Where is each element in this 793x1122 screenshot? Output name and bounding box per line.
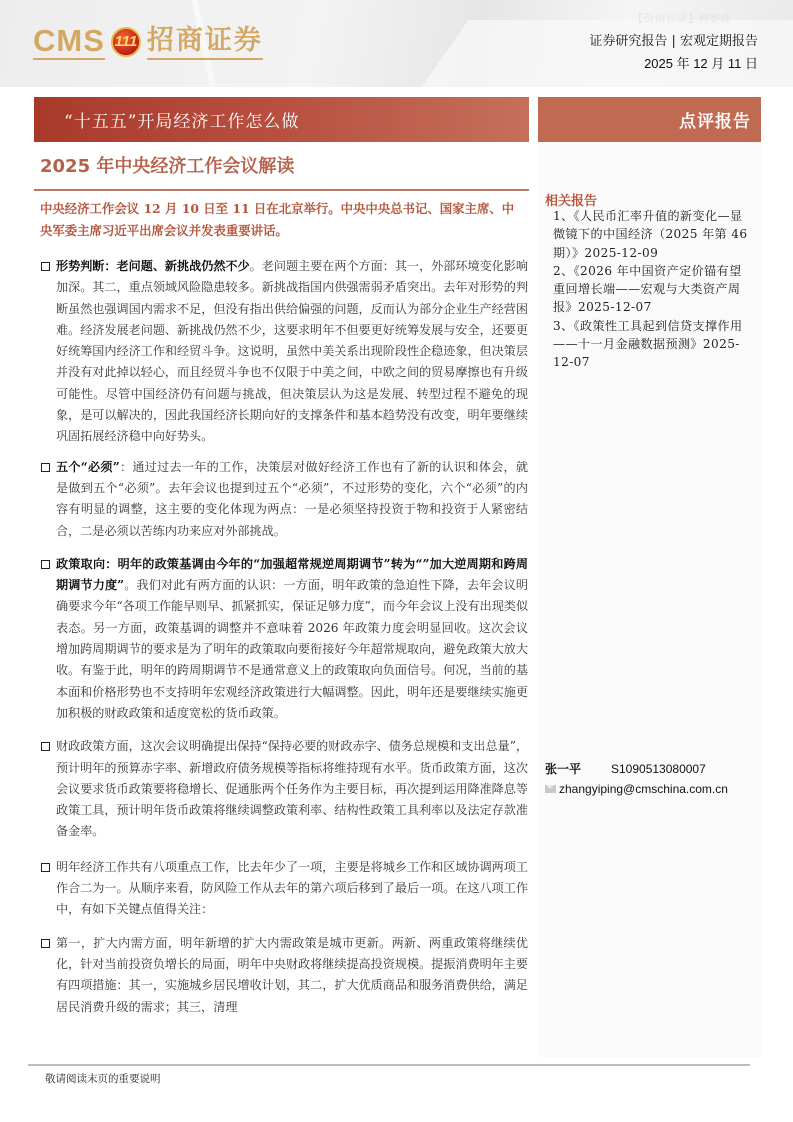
report-title-banner: “十五五”开局经济工作怎么做 (34, 97, 529, 142)
checkbox-bullet-icon (41, 939, 50, 948)
article-summary: 中央经济工作会议 12 月 10 日至 11 日在北京举行。中央中央总书记、国家… (40, 198, 526, 242)
mail-icon (545, 785, 556, 793)
bullet-item: 五个“必须”：通过过去一年的工作，决策层对做好经济工作也有了新的认识和体会，就是… (40, 457, 528, 542)
footer-disclaimer-note: 敬请阅读末页的重要说明 (45, 1071, 161, 1086)
logo-chinese: 招商证券 (147, 25, 263, 60)
report-category-banner: 点评报告 (538, 97, 761, 142)
article-body: 形势判断：老问题、新挑战仍然不少。老问题主要在两个方面：其一，外部环境变化影响加… (40, 256, 528, 1018)
report-type: 证券研究报告 | 宏观定期报告 (589, 30, 758, 49)
related-report-link[interactable]: 1、《人民币汇率升值的新变化—显微镜下的中国经济（2025 年第 46 期）》2… (553, 207, 753, 262)
analyst-name: 张一平 (545, 760, 611, 777)
bullet-text: 财政政策方面，这次会议明确提出保持“保持必要的财政赤字、债务总规模和支出总量”，… (56, 739, 528, 838)
bullet-item: 财政政策方面，这次会议明确提出保持“保持必要的财政赤字、债务总规模和支出总量”，… (40, 736, 528, 842)
checkbox-bullet-icon (41, 742, 50, 751)
checkbox-bullet-icon (41, 560, 50, 569)
analyst-info: 张一平S1090513080007 zhangyiping@cmschina.c… (545, 760, 728, 796)
bullet-text: 。我们对此有两方面的认识：一方面，明年政策的急迫性下降，去年会议明确要求今年“各… (56, 578, 528, 720)
watermark: 【价值目录】网整理 (633, 10, 732, 25)
bullet-text: ：通过过去一年的工作，决策层对做好经济工作也有了新的认识和体会，就是做到五个“必… (56, 460, 528, 538)
logo-emblem-icon: 111 (111, 27, 141, 57)
bullet-item: 政策取向：明年的政策基调由今年的“加强超常规逆周期调节”转为“”加大逆周期和跨周… (40, 554, 528, 724)
bullet-heading: 五个“必须” (56, 460, 120, 474)
analyst-license-id: S1090513080007 (611, 762, 706, 776)
related-report-link[interactable]: 2、《2026 年中国资产定价锚有望重回增长端——宏观与大类资产周报》2025-… (553, 262, 753, 317)
cms-logo: CMS 111 招商证券 (33, 25, 263, 60)
divider (34, 189, 529, 191)
bullet-text: 明年经济工作共有八项重点工作，比去年少了一项，主要是将城乡工作和区域协调两项工作… (56, 860, 528, 917)
bullet-item: 形势判断：老问题、新挑战仍然不少。老问题主要在两个方面：其一，外部环境变化影响加… (40, 256, 528, 448)
footer-divider (28, 1064, 750, 1066)
bullet-item: 第一，扩大内需方面，明年新增的扩大内需政策是城市更新。两新、两重政策将继续优化，… (40, 933, 528, 1018)
checkbox-bullet-icon (41, 863, 50, 872)
bullet-text: 第一，扩大内需方面，明年新增的扩大内需政策是城市更新。两新、两重政策将继续优化，… (56, 936, 528, 1014)
related-reports-list: 1、《人民币汇率升值的新变化—显微镜下的中国经济（2025 年第 46 期）》2… (553, 207, 753, 372)
report-title: “十五五”开局经济工作怎么做 (64, 107, 299, 132)
report-category: 点评报告 (679, 107, 751, 132)
report-date: 2025 年 12 月 11 日 (644, 53, 758, 72)
checkbox-bullet-icon (41, 463, 50, 472)
checkbox-bullet-icon (41, 262, 50, 271)
analyst-email[interactable]: zhangyiping@cmschina.com.cn (559, 782, 728, 796)
article-subtitle: 2025 年中央经济工作会议解读 (40, 152, 294, 178)
bullet-item: 明年经济工作共有八项重点工作，比去年少了一项，主要是将城乡工作和区域协调两项工作… (40, 857, 528, 921)
logo-latin: CMS (33, 25, 105, 60)
related-report-link[interactable]: 3、《政策性工具起到信贷支撑作用——十一月金融数据预测》2025-12-07 (553, 317, 753, 372)
bullet-heading: 形势判断：老问题、新挑战仍然不少 (56, 259, 250, 273)
bullet-text: 。老问题主要在两个方面：其一，外部环境变化影响加深。其二，重点领域风险隐患较多。… (56, 259, 528, 443)
